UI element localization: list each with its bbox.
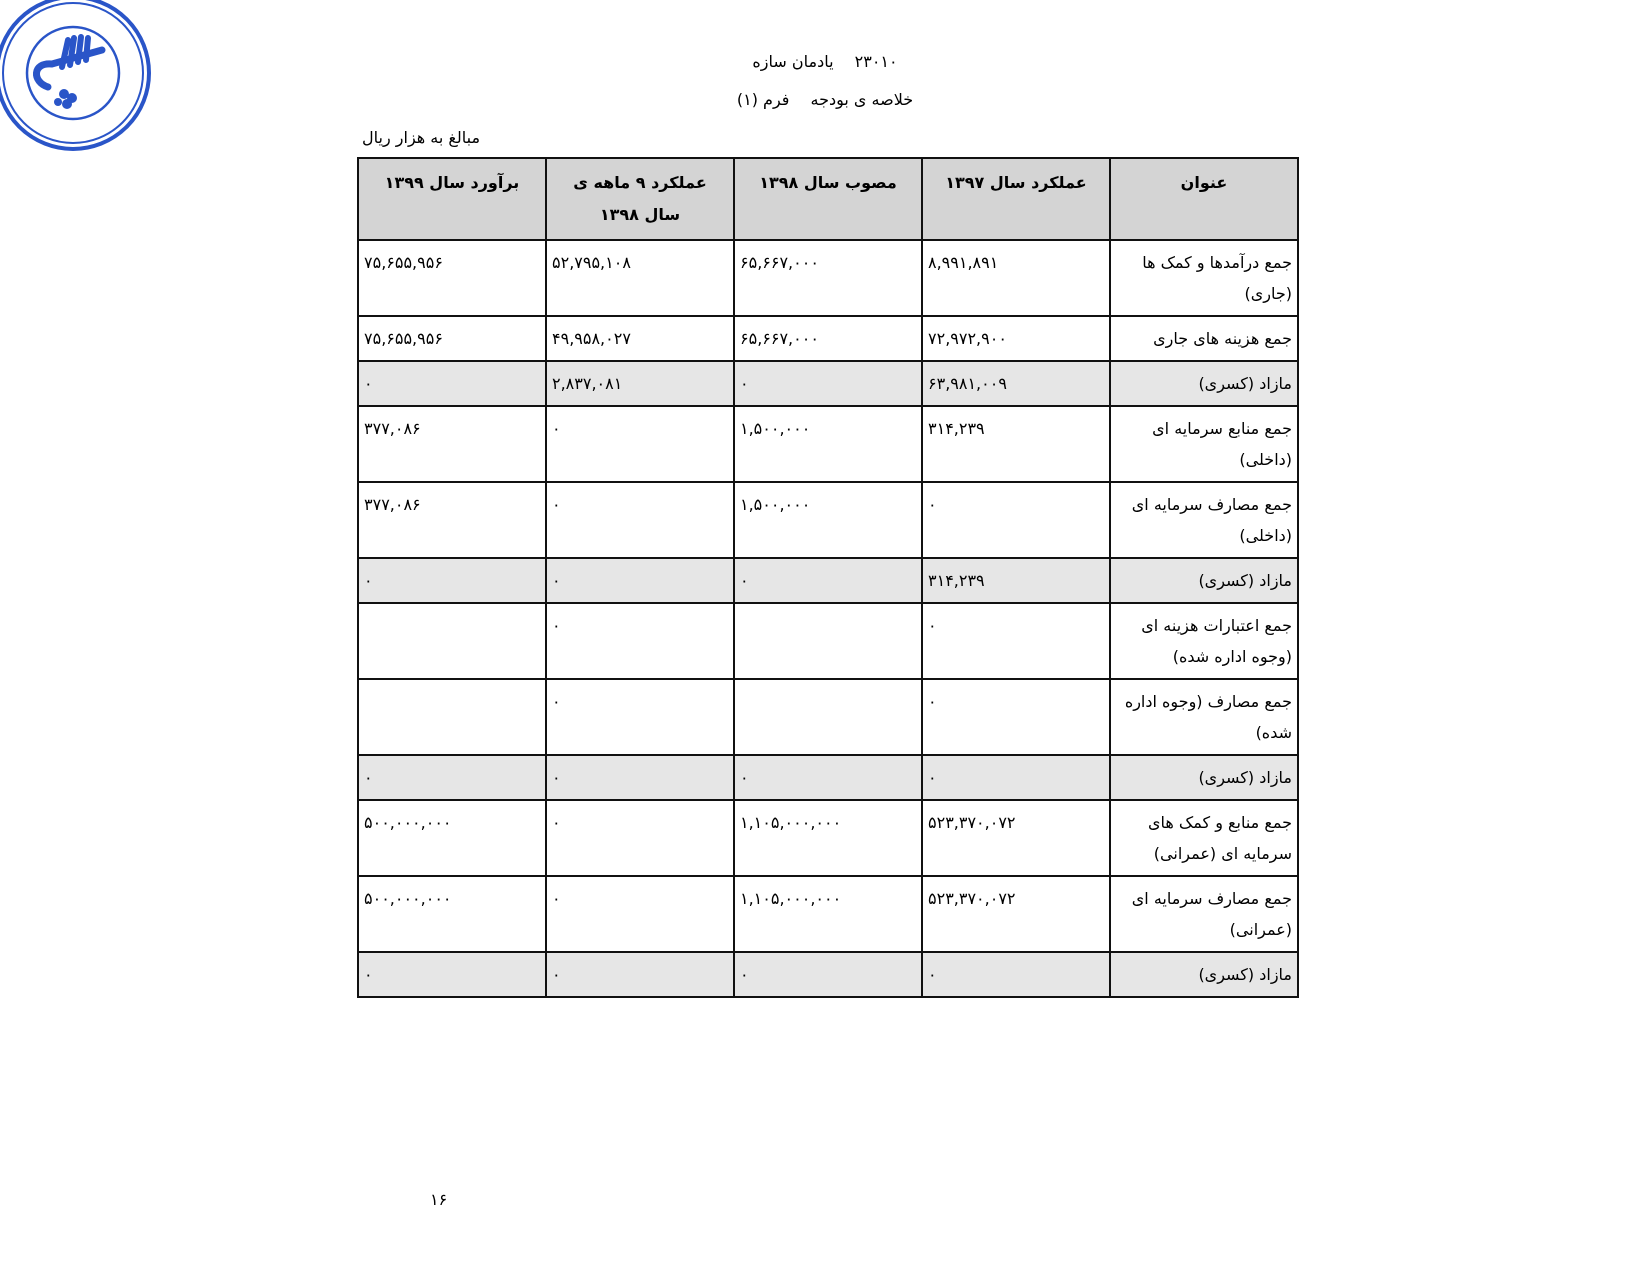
column-header-estimate-1399: برآورد سال ۱۳۹۹ — [358, 158, 546, 240]
cell-estimate-1399: ۰ — [358, 952, 546, 997]
cell-nine-month-1398: ۰ — [546, 558, 734, 603]
cell-nine-month-1398: ۲,۸۳۷,۰۸۱ — [546, 361, 734, 406]
cell-approved-1398: ۰ — [734, 558, 922, 603]
cell-approved-1398: ۱,۵۰۰,۰۰۰ — [734, 406, 922, 482]
document-subtitle: خلاصه ی بودجه فرم (۱) — [0, 90, 1650, 109]
cell-actual-1397: ۰ — [922, 679, 1110, 755]
row-label: جمع هزینه های جاری — [1110, 316, 1298, 361]
entity-name: یادمان سازه — [752, 52, 833, 71]
table-row-surplus: مازاد (کسری) ۰ ۰ ۰ ۰ — [358, 952, 1298, 997]
row-label: مازاد (کسری) — [1110, 558, 1298, 603]
table-row-surplus: مازاد (کسری) ۶۳,۹۸۱,۰۰۹ ۰ ۲,۸۳۷,۰۸۱ ۰ — [358, 361, 1298, 406]
cell-actual-1397: ۳۱۴,۲۳۹ — [922, 558, 1110, 603]
row-label: جمع مصارف سرمایه ای (داخلی) — [1110, 482, 1298, 558]
unit-note: مبالغ به هزار ریال — [362, 128, 480, 147]
cell-estimate-1399: ۷۵,۶۵۵,۹۵۶ — [358, 240, 546, 316]
cell-nine-month-1398: ۰ — [546, 800, 734, 876]
cell-approved-1398: ۶۵,۶۶۷,۰۰۰ — [734, 240, 922, 316]
cell-nine-month-1398: ۵۲,۷۹۵,۱۰۸ — [546, 240, 734, 316]
row-label: جمع مصارف سرمایه ای (عمرانی) — [1110, 876, 1298, 952]
cell-actual-1397: ۷۲,۹۷۲,۹۰۰ — [922, 316, 1110, 361]
row-label: جمع اعتبارات هزینه ای (وجوه اداره شده) — [1110, 603, 1298, 679]
row-label: جمع منابع سرمایه ای (داخلی) — [1110, 406, 1298, 482]
cell-actual-1397: ۰ — [922, 482, 1110, 558]
table-row: جمع هزینه های جاری ۷۲,۹۷۲,۹۰۰ ۶۵,۶۶۷,۰۰۰… — [358, 316, 1298, 361]
cell-approved-1398: ۰ — [734, 361, 922, 406]
cell-nine-month-1398: ۰ — [546, 876, 734, 952]
table-header-row: عنوان عملکرد سال ۱۳۹۷ مصوب سال ۱۳۹۸ عملک… — [358, 158, 1298, 240]
cell-actual-1397: ۸,۹۹۱,۸۹۱ — [922, 240, 1110, 316]
cell-actual-1397: ۰ — [922, 603, 1110, 679]
document-title: خلاصه ی بودجه — [811, 90, 914, 109]
cell-estimate-1399: ۳۷۷,۰۸۶ — [358, 406, 546, 482]
table-row: جمع اعتبارات هزینه ای (وجوه اداره شده) ۰… — [358, 603, 1298, 679]
cell-nine-month-1398: ۴۹,۹۵۸,۰۲۷ — [546, 316, 734, 361]
column-header-actual-1397: عملکرد سال ۱۳۹۷ — [922, 158, 1110, 240]
council-seal-icon — [0, 0, 154, 154]
row-label: مازاد (کسری) — [1110, 361, 1298, 406]
table-row: جمع درآمدها و کمک ها (جاری) ۸,۹۹۱,۸۹۱ ۶۵… — [358, 240, 1298, 316]
column-header-title: عنوان — [1110, 158, 1298, 240]
cell-actual-1397: ۵۲۳,۳۷۰,۰۷۲ — [922, 876, 1110, 952]
cell-nine-month-1398: ۰ — [546, 952, 734, 997]
budget-summary-table: عنوان عملکرد سال ۱۳۹۷ مصوب سال ۱۳۹۸ عملک… — [357, 157, 1299, 998]
table-row-surplus: مازاد (کسری) ۳۱۴,۲۳۹ ۰ ۰ ۰ — [358, 558, 1298, 603]
cell-approved-1398 — [734, 679, 922, 755]
cell-approved-1398 — [734, 603, 922, 679]
page-number: ۱۶ — [430, 1190, 447, 1209]
cell-nine-month-1398: ۰ — [546, 406, 734, 482]
cell-estimate-1399: ۰ — [358, 361, 546, 406]
cell-estimate-1399: ۰ — [358, 755, 546, 800]
cell-nine-month-1398: ۰ — [546, 679, 734, 755]
cell-estimate-1399: ۵۰۰,۰۰۰,۰۰۰ — [358, 800, 546, 876]
cell-actual-1397: ۰ — [922, 952, 1110, 997]
cell-estimate-1399 — [358, 603, 546, 679]
cell-nine-month-1398: ۰ — [546, 482, 734, 558]
table-row: جمع مصارف (وجوه اداره شده) ۰ ۰ — [358, 679, 1298, 755]
cell-approved-1398: ۰ — [734, 952, 922, 997]
cell-estimate-1399: ۰ — [358, 558, 546, 603]
cell-estimate-1399 — [358, 679, 546, 755]
form-number: فرم (۱) — [737, 90, 790, 109]
row-label: جمع درآمدها و کمک ها (جاری) — [1110, 240, 1298, 316]
row-label: مازاد (کسری) — [1110, 755, 1298, 800]
table-row: جمع مصارف سرمایه ای (داخلی) ۰ ۱,۵۰۰,۰۰۰ … — [358, 482, 1298, 558]
cell-nine-month-1398: ۰ — [546, 755, 734, 800]
cell-estimate-1399: ۳۷۷,۰۸۶ — [358, 482, 546, 558]
cell-approved-1398: ۰ — [734, 755, 922, 800]
cell-actual-1397: ۵۲۳,۳۷۰,۰۷۲ — [922, 800, 1110, 876]
row-label: جمع مصارف (وجوه اداره شده) — [1110, 679, 1298, 755]
cell-approved-1398: ۶۵,۶۶۷,۰۰۰ — [734, 316, 922, 361]
cell-estimate-1399: ۵۰۰,۰۰۰,۰۰۰ — [358, 876, 546, 952]
cell-actual-1397: ۳۱۴,۲۳۹ — [922, 406, 1110, 482]
entity-code: ۲۳۰۱۰ — [855, 52, 898, 71]
row-label: مازاد (کسری) — [1110, 952, 1298, 997]
cell-approved-1398: ۱,۱۰۵,۰۰۰,۰۰۰ — [734, 876, 922, 952]
cell-approved-1398: ۱,۵۰۰,۰۰۰ — [734, 482, 922, 558]
cell-estimate-1399: ۷۵,۶۵۵,۹۵۶ — [358, 316, 546, 361]
column-header-nine-month-1398: عملکرد ۹ ماهه ی سال ۱۳۹۸ — [546, 158, 734, 240]
table-row-surplus: مازاد (کسری) ۰ ۰ ۰ ۰ — [358, 755, 1298, 800]
cell-actual-1397: ۰ — [922, 755, 1110, 800]
column-header-approved-1398: مصوب سال ۱۳۹۸ — [734, 158, 922, 240]
cell-approved-1398: ۱,۱۰۵,۰۰۰,۰۰۰ — [734, 800, 922, 876]
cell-nine-month-1398: ۰ — [546, 603, 734, 679]
table-row: جمع منابع سرمایه ای (داخلی) ۳۱۴,۲۳۹ ۱,۵۰… — [358, 406, 1298, 482]
cell-actual-1397: ۶۳,۹۸۱,۰۰۹ — [922, 361, 1110, 406]
table-row: جمع مصارف سرمایه ای (عمرانی) ۵۲۳,۳۷۰,۰۷۲… — [358, 876, 1298, 952]
row-label: جمع منابع و کمک های سرمایه ای (عمرانی) — [1110, 800, 1298, 876]
document-header: ۲۳۰۱۰ یادمان سازه — [0, 52, 1650, 71]
table-row: جمع منابع و کمک های سرمایه ای (عمرانی) ۵… — [358, 800, 1298, 876]
